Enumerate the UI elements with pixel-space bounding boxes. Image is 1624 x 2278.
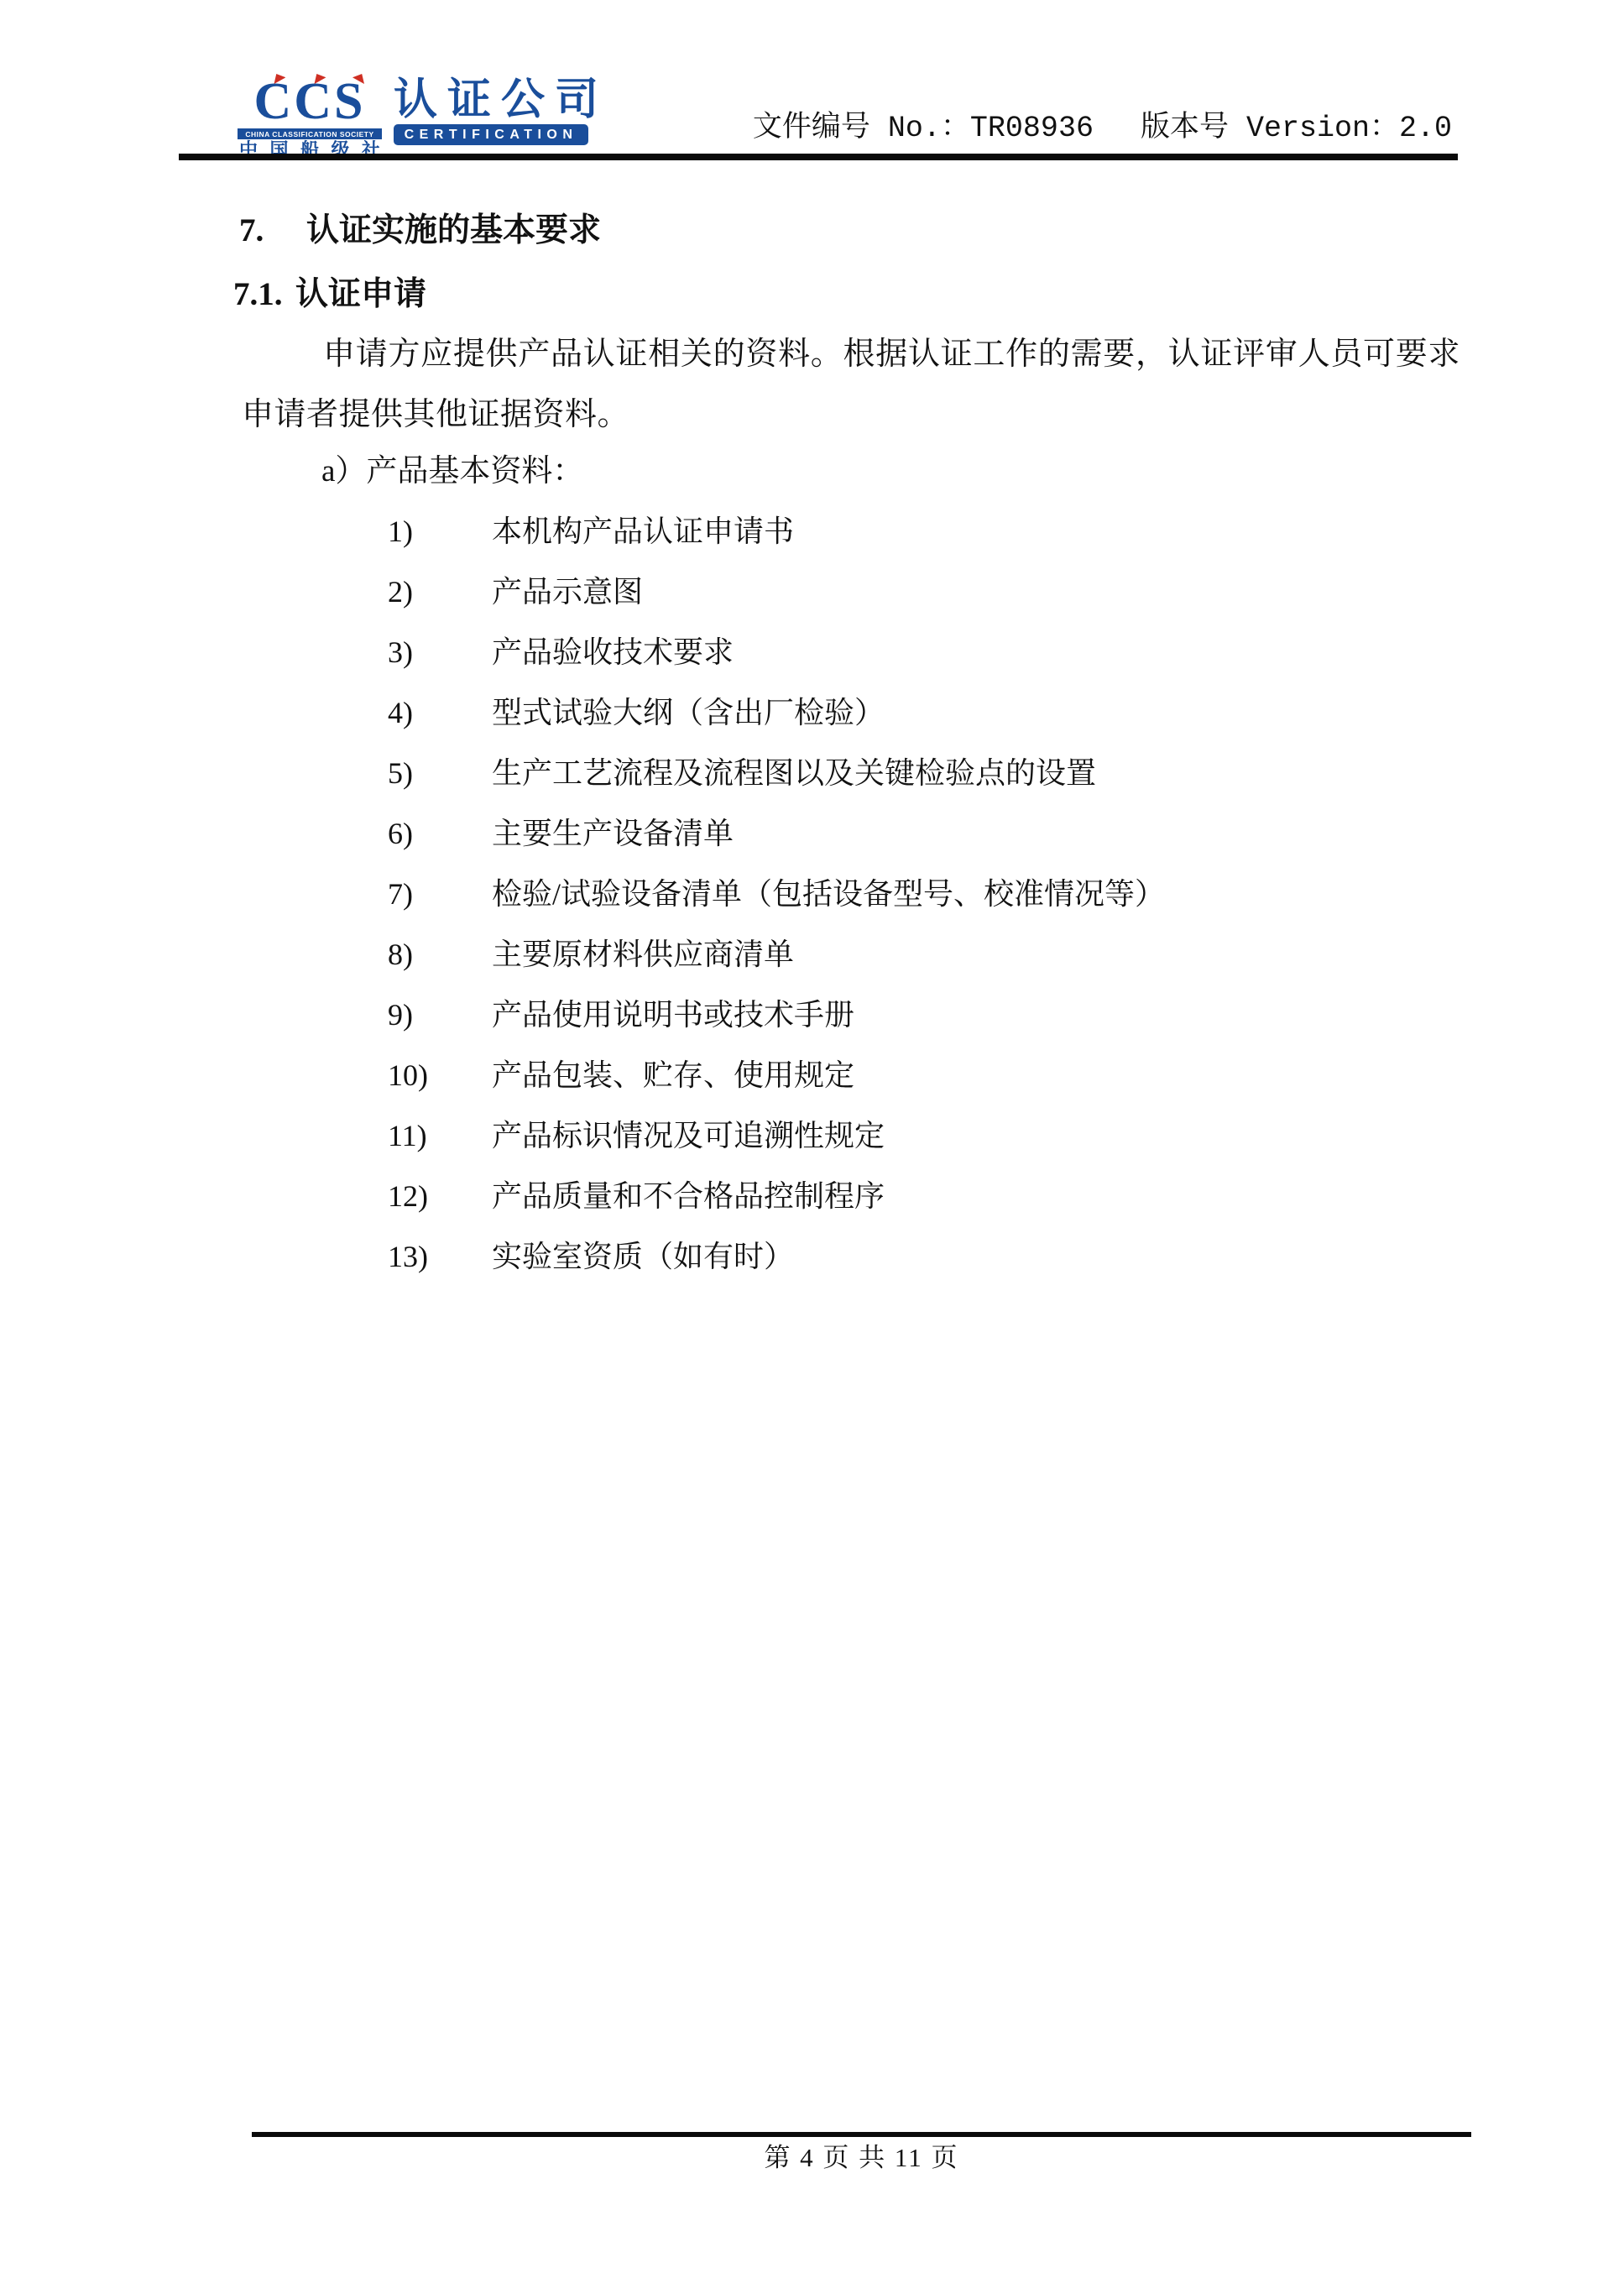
list-item-number: 3) bbox=[388, 622, 492, 682]
certification-company-cn: 认证公司 bbox=[394, 77, 608, 123]
body-paragraph: 申请方应提供产品认证相关的资料。根据认证工作的需要，认证评审人员可要求申请者提供… bbox=[242, 324, 1460, 445]
list-item: 13)实验室资质（如有时） bbox=[388, 1226, 1165, 1287]
section-heading-7: 7. 认证实施的基本要求 bbox=[239, 212, 601, 250]
section-number: 7. bbox=[239, 212, 306, 250]
list-item: 8)主要原材料供应商清单 bbox=[388, 924, 1165, 985]
list-item: 10)产品包装、贮存、使用规定 bbox=[388, 1045, 1165, 1105]
list-item: 12)产品质量和不合格品控制程序 bbox=[388, 1166, 1165, 1226]
list-item-number: 10) bbox=[388, 1045, 492, 1105]
ccs-logo-right: 认证公司 CERTIFICATION bbox=[394, 77, 608, 145]
version-value: 2.0 bbox=[1399, 112, 1452, 145]
ccs-logo-left: CCS CHINA CLASSIFICATION SOCIETY 中 国 船 级… bbox=[238, 77, 382, 160]
list-item-text: 主要生产设备清单 bbox=[492, 803, 734, 864]
section-title: 认证申请 bbox=[295, 275, 426, 314]
list-item-text: 产品示意图 bbox=[492, 562, 643, 622]
section-heading-7-1: 7.1. 认证申请 bbox=[233, 275, 426, 314]
list-item-number: 8) bbox=[388, 924, 492, 985]
list-item-text: 产品质量和不合格品控制程序 bbox=[492, 1166, 885, 1226]
list-item-number: 2) bbox=[388, 562, 492, 622]
list-item: 4)型式试验大纲（含出厂检验） bbox=[388, 682, 1165, 743]
ccs-text: CCS bbox=[253, 73, 365, 130]
list-item-text: 实验室资质（如有时） bbox=[492, 1226, 794, 1287]
list-item-text: 型式试验大纲（含出厂检验） bbox=[492, 682, 885, 743]
footer-rule bbox=[252, 2132, 1471, 2137]
list-item-text: 产品包装、贮存、使用规定 bbox=[492, 1045, 854, 1105]
list-item: 5)生产工艺流程及流程图以及关键检验点的设置 bbox=[388, 743, 1165, 803]
page-number: 第 4 页 共 11 页 bbox=[252, 2140, 1471, 2176]
doc-number-value: TR08936 bbox=[970, 112, 1094, 145]
list-item-text: 产品验收技术要求 bbox=[492, 622, 734, 682]
certification-en-banner: CERTIFICATION bbox=[394, 124, 588, 145]
list-item: 3)产品验收技术要求 bbox=[388, 622, 1165, 682]
list-item-number: 7) bbox=[388, 864, 492, 924]
document-page: CCS CHINA CLASSIFICATION SOCIETY 中 国 船 级… bbox=[0, 0, 1624, 2278]
list-item-text: 生产工艺流程及流程图以及关键检验点的设置 bbox=[492, 743, 1096, 803]
list-item-text: 主要原材料供应商清单 bbox=[492, 924, 794, 985]
ccs-wordmark: CCS bbox=[253, 77, 365, 126]
section-number: 7.1. bbox=[233, 275, 295, 314]
list-item-text: 本机构产品认证申请书 bbox=[492, 501, 794, 562]
list-item-number: 13) bbox=[388, 1226, 492, 1287]
list-item-number: 5) bbox=[388, 743, 492, 803]
document-meta: 文件编号 No.：TR08936版本号 Version：2.0 bbox=[753, 110, 1452, 147]
list-item-text: 产品使用说明书或技术手册 bbox=[492, 985, 854, 1045]
list-item: 6)主要生产设备清单 bbox=[388, 803, 1165, 864]
list-item-number: 4) bbox=[388, 682, 492, 743]
required-documents-list: 1)本机构产品认证申请书 2)产品示意图 3)产品验收技术要求 4)型式试验大纲… bbox=[388, 501, 1165, 1287]
list-item: 2)产品示意图 bbox=[388, 562, 1165, 622]
section-title: 认证实施的基本要求 bbox=[306, 212, 601, 250]
list-intro: a）产品基本资料： bbox=[321, 453, 583, 490]
version-label: 版本号 Version： bbox=[1141, 112, 1399, 145]
list-item: 7)检验/试验设备清单（包括设备型号、校准情况等） bbox=[388, 864, 1165, 924]
list-item-text: 检验/试验设备清单（包括设备型号、校准情况等） bbox=[492, 864, 1165, 924]
list-item-number: 6) bbox=[388, 803, 492, 864]
list-item-number: 1) bbox=[388, 501, 492, 562]
list-item: 1)本机构产品认证申请书 bbox=[388, 501, 1165, 562]
ccs-logo: CCS CHINA CLASSIFICATION SOCIETY 中 国 船 级… bbox=[238, 77, 608, 160]
header-rule bbox=[179, 154, 1458, 160]
doc-number-label: 文件编号 No.： bbox=[753, 112, 970, 145]
list-item-number: 12) bbox=[388, 1166, 492, 1226]
list-item: 11)产品标识情况及可追溯性规定 bbox=[388, 1105, 1165, 1166]
list-item: 9)产品使用说明书或技术手册 bbox=[388, 985, 1165, 1045]
list-item-number: 9) bbox=[388, 985, 492, 1045]
list-item-number: 11) bbox=[388, 1105, 492, 1166]
list-item-text: 产品标识情况及可追溯性规定 bbox=[492, 1105, 885, 1166]
